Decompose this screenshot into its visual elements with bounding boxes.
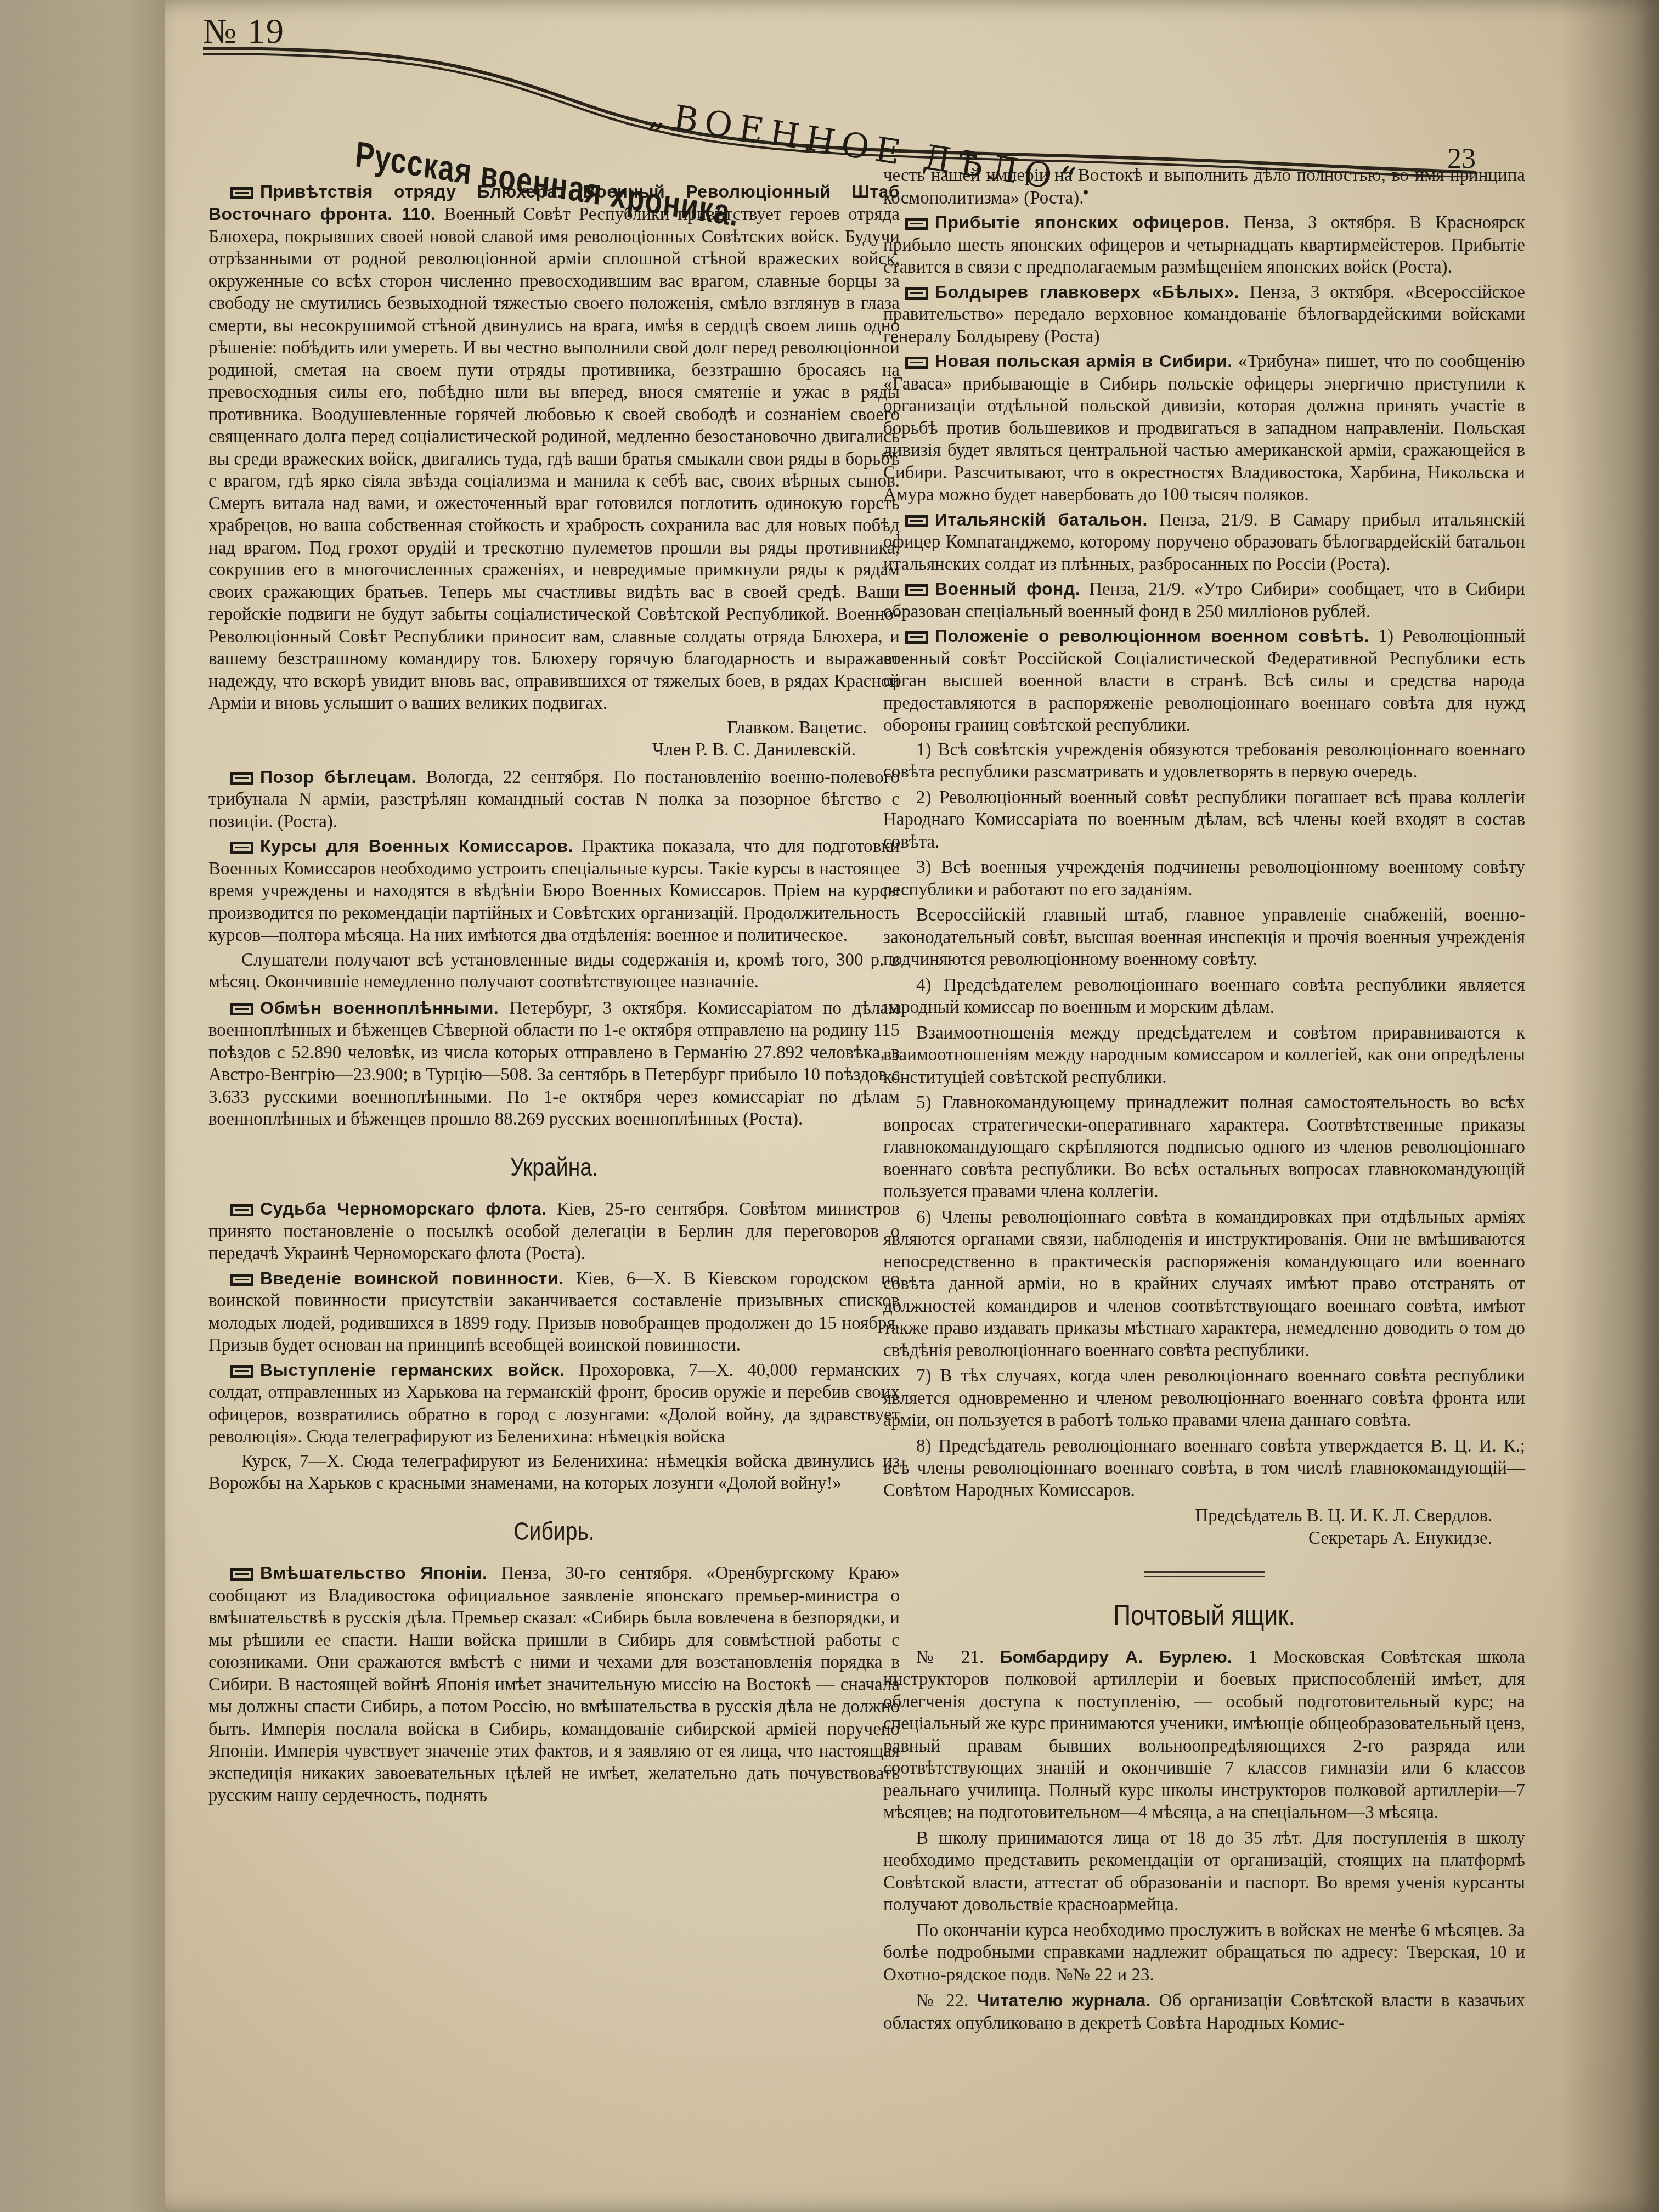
news-headline: Выступленіе германских войск. xyxy=(260,1360,565,1380)
news-text: Петербург, 3 октября. Комиссаріатом по д… xyxy=(208,998,900,1130)
page-curl-shadow xyxy=(1560,0,1659,2212)
news-item: Вмѣшательство Японіи. Пенза, 30-го сентя… xyxy=(208,1562,900,1807)
news-item: Прибытіе японских офицеров. Пенза, 3 окт… xyxy=(883,211,1525,279)
letter-paragraph: По окончаніи курса необходимо прослужить… xyxy=(883,1920,1525,1987)
news-item: Позор бѣглецам. Вологда, 22 сентября. По… xyxy=(208,766,900,833)
bullet-icon xyxy=(230,1365,253,1378)
statute-paragraph: 1) Всѣ совѣтскія учрежденія обязуются тр… xyxy=(883,739,1525,783)
news-item: Курсы для Военных Комиссаров. Практика п… xyxy=(208,835,900,947)
bullet-icon xyxy=(905,357,928,369)
bullet-icon xyxy=(905,631,928,644)
statute-paragraph: 6) Члены революціоннаго совѣта в команди… xyxy=(883,1206,1525,1362)
news-item: Военный фонд. Пенза, 21/9. «Утро Сибири»… xyxy=(883,578,1525,623)
bullet-icon xyxy=(905,515,928,527)
statute-paragraph: 3) Всѣ военныя учрежденія подчинены рево… xyxy=(883,856,1525,901)
news-text: Пенза, 30-го сентября. «Оренбургскому Кр… xyxy=(208,1564,900,1805)
statute-paragraph: 2) Революціонный военный совѣт республик… xyxy=(883,787,1525,854)
letter-number: № 21. xyxy=(916,1647,984,1667)
news-item: Итальянскій батальон. Пенза, 21/9. В Сам… xyxy=(883,509,1525,576)
bullet-icon xyxy=(905,218,928,230)
news-paragraph: Курск, 7—X. Сюда телеграфируют из Белени… xyxy=(208,1451,900,1495)
section-divider xyxy=(1144,1571,1265,1577)
statute-paragraph: 5) Главнокомандующему принадлежит полная… xyxy=(883,1092,1525,1203)
bullet-icon xyxy=(230,187,253,199)
letter-addressee: Читателю журнала. xyxy=(977,1990,1151,2010)
statute-paragraph: 4) Предсѣдателем революціоннаго военнаго… xyxy=(883,974,1525,1019)
letter-item: № 22. Читателю журнала. Об организаціи С… xyxy=(883,1989,1525,2034)
news-headline: Судьба Черноморскаго флота. xyxy=(260,1199,546,1218)
news-headline: Курсы для Военных Комиссаров. xyxy=(260,836,573,856)
bullet-icon xyxy=(230,1274,253,1286)
continuation-text: честь нашей имперіи на Востокѣ и выполни… xyxy=(883,165,1525,209)
bullet-icon xyxy=(905,584,928,596)
news-paragraph: Слушатели получают всѣ установленные вид… xyxy=(208,949,900,994)
news-headline: Обмѣн военноплѣнными. xyxy=(260,998,499,1018)
left-column: Русская военная хроника. Привѣтствія отр… xyxy=(208,165,900,1809)
news-headline: Болдырев главковерх «Бѣлых». xyxy=(935,282,1239,302)
bullet-icon xyxy=(230,842,253,854)
news-headline: Новая польская армія в Сибири. xyxy=(935,351,1233,371)
letter-number: № 22. xyxy=(916,1991,968,2011)
news-headline: Введеніе воинской повинности. xyxy=(260,1268,563,1288)
news-item: Выступленіе германских войск. Прохоровка… xyxy=(208,1359,900,1448)
news-item: Новая польская армія в Сибири. «Трибуна»… xyxy=(883,350,1525,506)
letter-item: № 21. Бомбардиру А. Бурлею. 1 Московская… xyxy=(883,1646,1525,1824)
statute-paragraph: 8) Предсѣдатель революціоннаго военнаго … xyxy=(883,1435,1525,1502)
letter-addressee: Бомбардиру А. Бурлею. xyxy=(1000,1647,1232,1667)
news-headline: Прибытіе японских офицеров. xyxy=(935,212,1229,232)
bullet-icon xyxy=(905,287,928,300)
news-headline: Вмѣшательство Японіи. xyxy=(260,1563,487,1583)
news-headline: Положеніе о революціонном военном совѣтѣ… xyxy=(935,626,1369,646)
news-text: Военный Совѣт Республики привѣтствует ге… xyxy=(208,205,900,713)
signature: Главком. Вацетис. xyxy=(208,717,900,740)
news-item: Болдырев главковерх «Бѣлых». Пенза, 3 ок… xyxy=(883,281,1525,348)
statute-paragraph: 7) В тѣх случаях, когда член революціонн… xyxy=(883,1365,1525,1432)
news-headline: Позор бѣглецам. xyxy=(260,767,416,787)
statute-paragraph: Всероссійскій главный штаб, главное упра… xyxy=(883,904,1525,971)
news-item: Судьба Черноморскаго флота. Кіев, 25-го … xyxy=(208,1198,900,1265)
signature: Член Р. В. С. Данилевскій. xyxy=(208,739,900,761)
news-headline: Итальянскій батальон. xyxy=(935,510,1148,529)
postbox-heading: Почтовый ящик. xyxy=(932,1605,1477,1627)
statute-paragraph: Взаимоотношенія между предсѣдателем и со… xyxy=(883,1022,1525,1089)
news-item: Обмѣн военноплѣнными. Петербург, 3 октяб… xyxy=(208,997,900,1131)
section-heading-ukraine: Украйна. xyxy=(261,1156,848,1178)
news-item: Привѣтствія отряду Блюхера. Военный Рево… xyxy=(208,180,900,715)
bullet-icon xyxy=(230,1204,253,1216)
news-item: Положеніе о революціонном военном совѣтѣ… xyxy=(883,625,1525,737)
news-headline: Военный фонд. xyxy=(935,579,1080,599)
section-heading-siberia: Сибирь. xyxy=(261,1520,848,1543)
bullet-icon xyxy=(230,1003,253,1015)
news-text: «Трибуна» пишет, что по сообщенію «Гавас… xyxy=(883,352,1525,505)
signature: Секретарь А. Енукидзе. xyxy=(883,1527,1525,1550)
news-item: Введеніе воинской повинности. Кіев, 6—X.… xyxy=(208,1267,900,1357)
right-column: честь нашей имперіи на Востокѣ и выполни… xyxy=(883,165,1525,2038)
bullet-icon xyxy=(230,772,253,785)
bullet-icon xyxy=(230,1568,253,1581)
signature: Предсѣдатель В. Ц. И. К. Л. Свердлов. xyxy=(883,1505,1525,1527)
letter-paragraph: В школу принимаются лица от 18 до 35 лѣт… xyxy=(883,1827,1525,1916)
letter-text: 1 Московская Совѣтская школа инструкторо… xyxy=(883,1647,1525,1823)
